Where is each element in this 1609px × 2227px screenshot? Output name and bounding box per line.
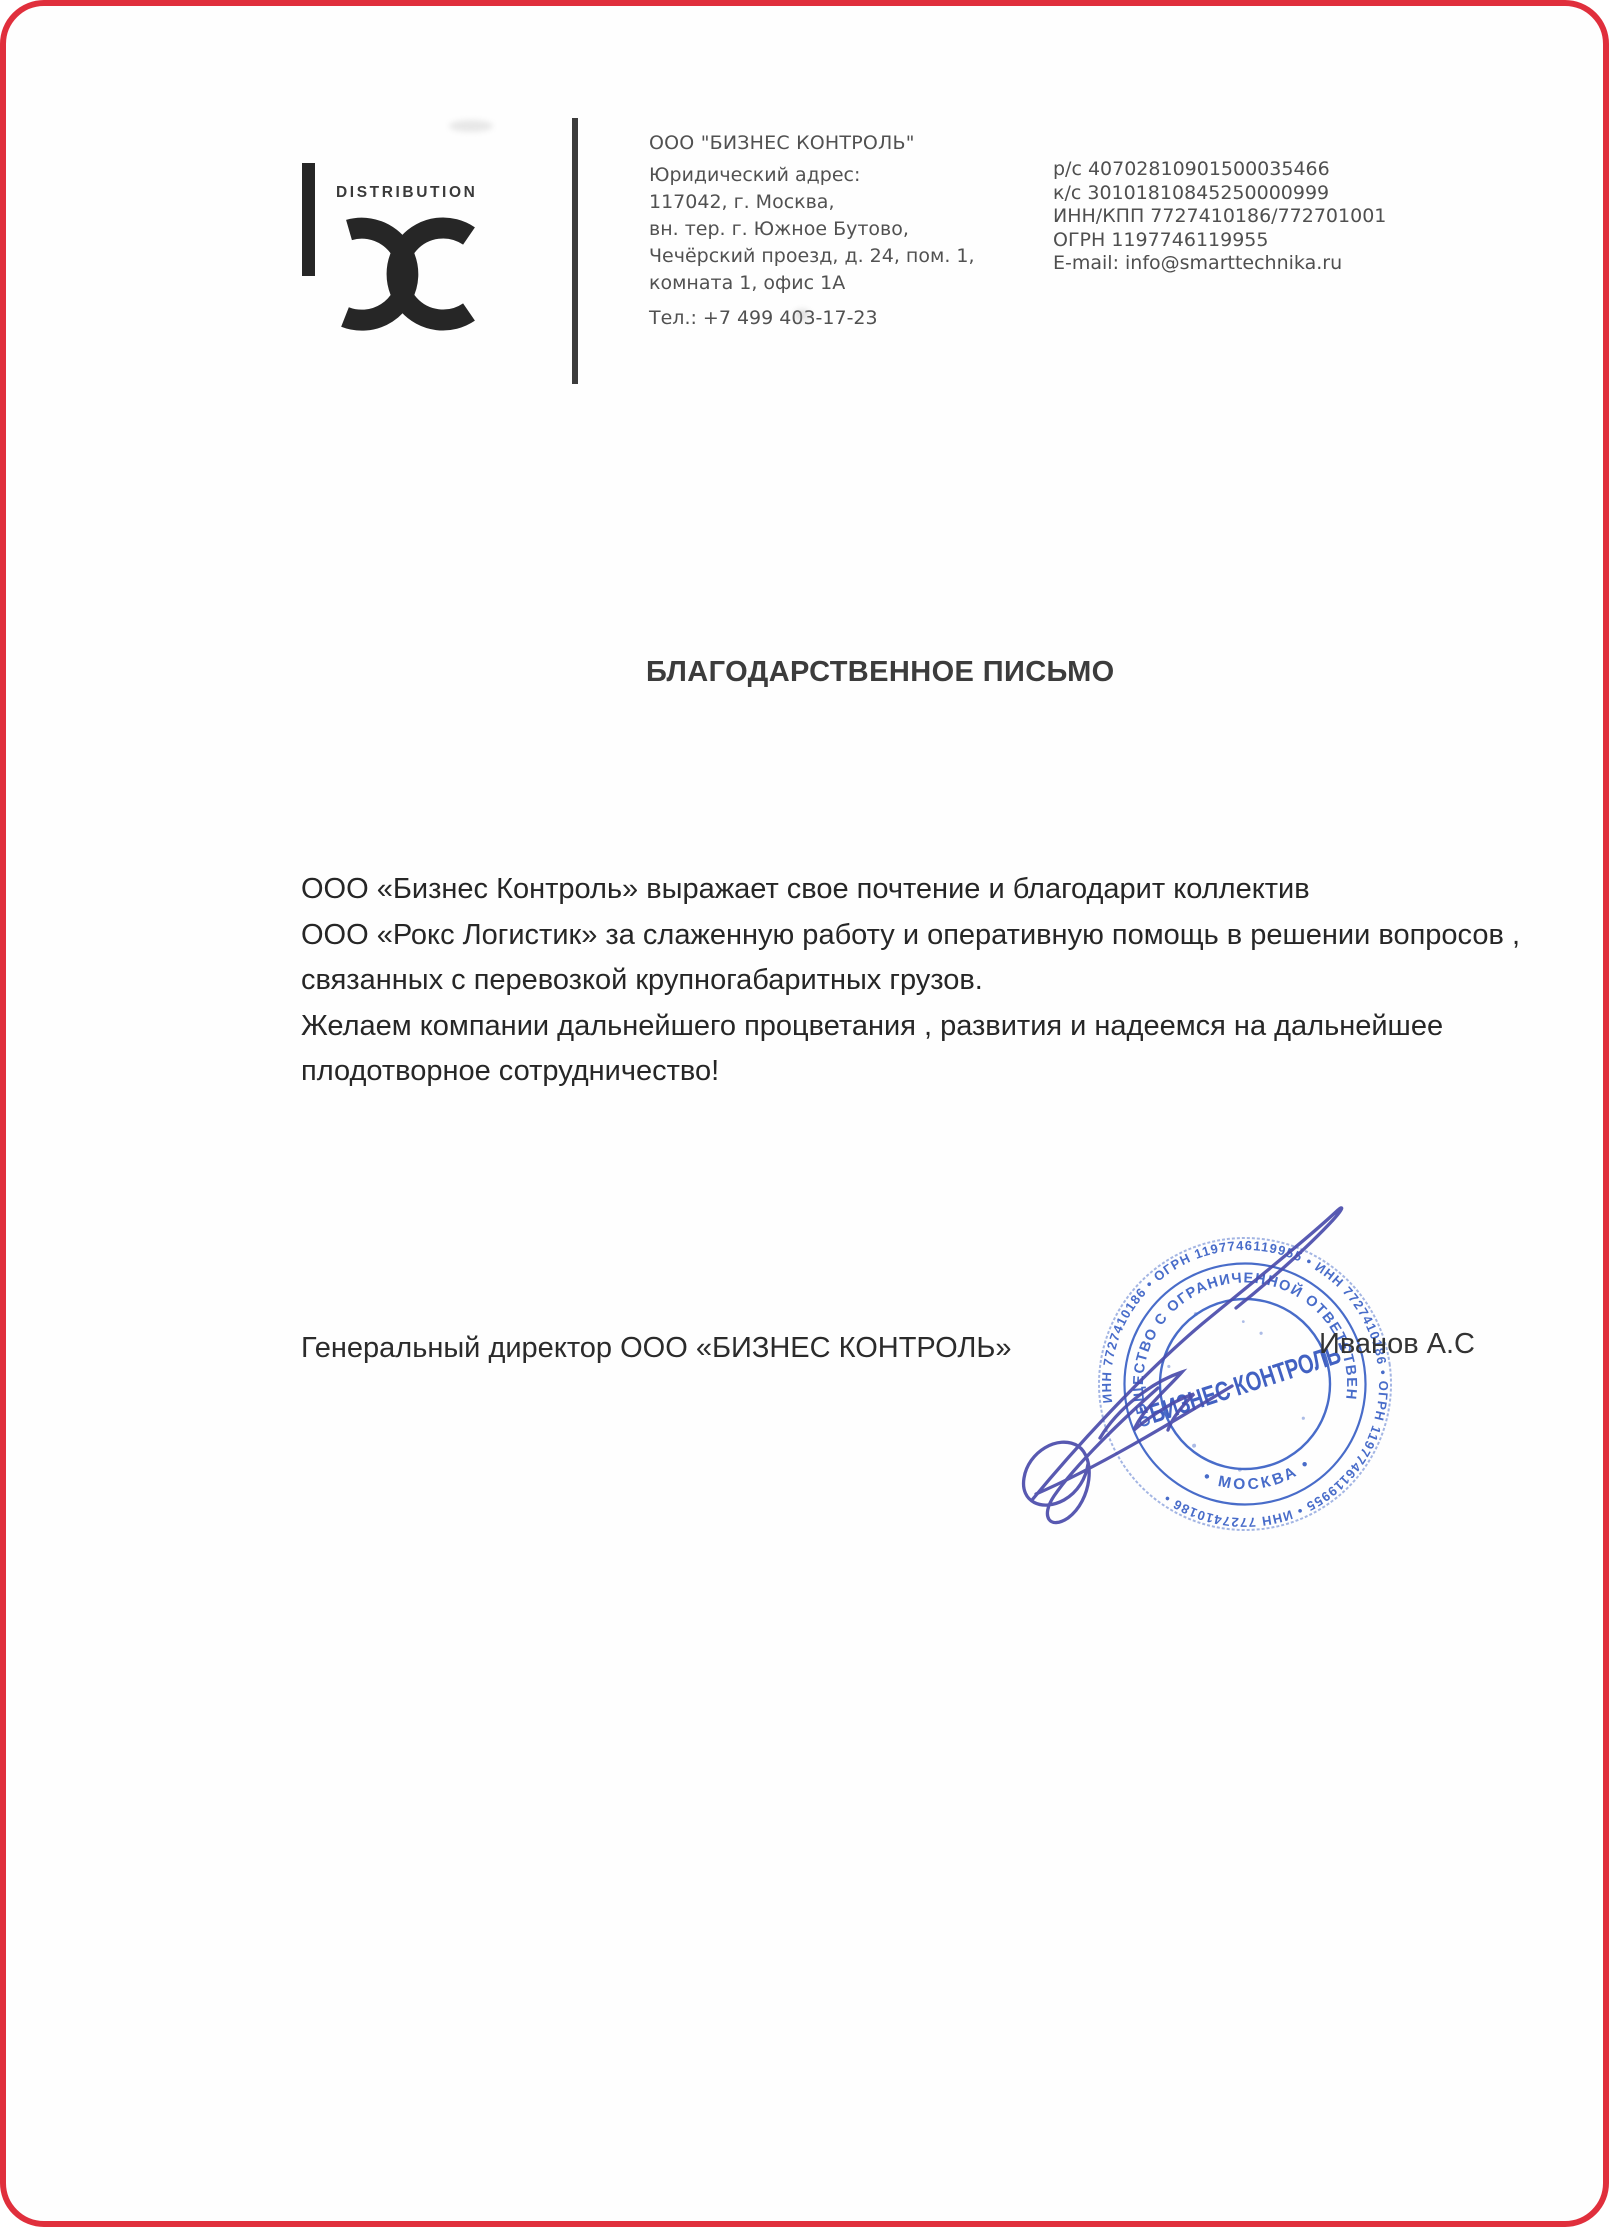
scan-smudge xyxy=(794,309,810,321)
scan-smudge xyxy=(449,120,493,132)
header-divider xyxy=(572,118,578,384)
signature-name: Иванов А.С xyxy=(1319,1328,1475,1361)
address-line: комната 1, офис 1А xyxy=(649,270,975,297)
requisite-line: ИНН/КПП 7727410186/772701001 xyxy=(1053,205,1386,229)
address-line: 117042, г. Москва, xyxy=(649,189,975,216)
body-line: Желаем компании дальнейшего процветания … xyxy=(301,1004,1541,1050)
company-name: ООО "БИЗНЕС КОНТРОЛЬ" xyxy=(649,132,915,154)
address-line: вн. тер. г. Южное Бутово, xyxy=(649,216,975,243)
logo-b-stem xyxy=(302,163,315,276)
company-stamp: ИНН 7727410186 • ОГРН 1197746119955 • ИН… xyxy=(966,1136,1446,1596)
body-line: ООО «Бизнес Контроль» выражает свое почт… xyxy=(301,867,1541,913)
body-line: связанных с перевозкой крупногабаритных … xyxy=(301,958,1541,1004)
address-line: Чечёрский проезд, д. 24, пом. 1, xyxy=(649,243,975,270)
letter-title: БЛАГОДАРСТВЕННОЕ ПИСЬМО xyxy=(646,656,1115,689)
company-requisites: р/с 40702810901500035466 к/с 30101810845… xyxy=(1053,158,1386,276)
requisite-line: E-mail: info@smarttechnika.ru xyxy=(1053,252,1386,276)
body-line: ООО «Рокс Логистик» за слаженную работу … xyxy=(301,913,1541,959)
logo-caption: DISTRIBUTION xyxy=(336,184,477,201)
bc-distribution-logo: DISTRIBUTION xyxy=(266,102,506,352)
letter-body: ООО «Бизнес Контроль» выражает свое почт… xyxy=(301,867,1541,1095)
signature-role: Генеральный директор ООО «БИЗНЕС КОНТРОЛ… xyxy=(301,1332,1012,1365)
requisite-line: ОГРН 1197746119955 xyxy=(1053,229,1386,253)
scanned-letter-page: DISTRIBUTION ООО "БИЗНЕС КОНТРОЛЬ" Юриди… xyxy=(0,0,1609,2227)
company-address: Юридический адрес: 117042, г. Москва, вн… xyxy=(649,162,975,297)
body-line: плодотворное сотрудничество! xyxy=(301,1049,1541,1095)
address-label: Юридический адрес: xyxy=(649,162,975,189)
stamp-inner-ring-bottom-text: • МОСКВА • xyxy=(1199,1453,1317,1500)
requisite-line: к/с 30101810845250000999 xyxy=(1053,182,1386,206)
company-phone: Тел.: +7 499 403-17-23 xyxy=(649,307,878,329)
stamp-group: ИНН 7727410186 • ОГРН 1197746119955 • ИН… xyxy=(966,1136,1410,1596)
requisite-line: р/с 40702810901500035466 xyxy=(1053,158,1386,182)
